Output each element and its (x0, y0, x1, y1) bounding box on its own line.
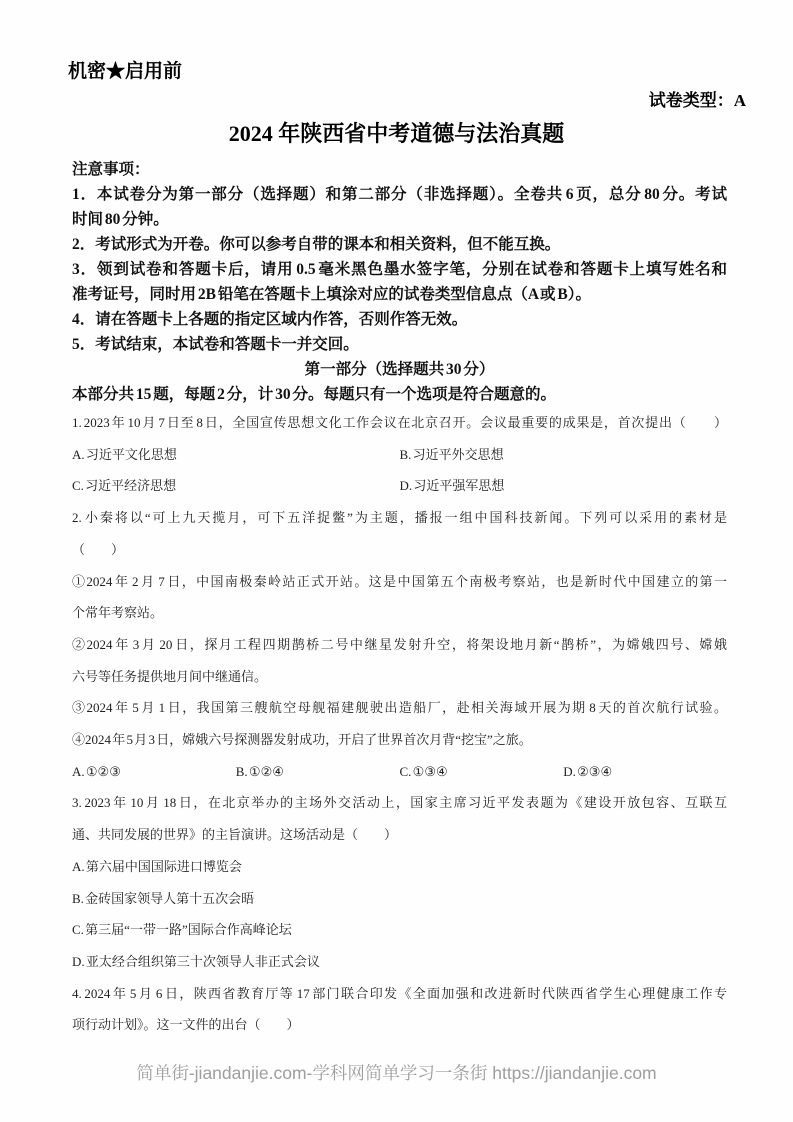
question-3-stem-line-2: 通、共同发展的世界》的主旨演讲。这场活动是（ ） (72, 819, 727, 851)
question-3-option-a: A. 第六届中国国际进口博览会 (72, 851, 727, 883)
question-2-material-2-line-2: 六号等任务提供地月间中继通信。 (72, 661, 727, 693)
question-2-option-a: A. ①②③ (72, 756, 236, 788)
question-4-stem-line-1: 4. 2024 年 5 月 6 日，陕西省教育厅等 17 部门联合印发《全面加强… (72, 978, 727, 1010)
notices-section: 注意事项： 1．本试卷分为第一部分（选择题）和第二部分（非选择题）。全卷共 6 … (72, 158, 727, 407)
notice-item-3-line-1: 3．领到试卷和答题卡后，请用 0.5 毫米黑色墨水签字笔，分别在试卷和答题卡上填… (72, 257, 727, 282)
question-2-option-c: C. ①③④ (400, 756, 564, 788)
watermark-footer: 简单街-jiandanjie.com-学科网简单学习一条街 https://ji… (0, 1062, 793, 1084)
paper-type-label: 试卷类型：A (0, 91, 793, 111)
paper-title: 2024 年陕西省中考道德与法治真题 (0, 120, 793, 148)
question-4-stem-line-2: 项行动计划》。这一文件的出台（ ） (72, 1009, 727, 1041)
question-2-material-1-line-2: 个常年考察站。 (72, 597, 727, 629)
question-1-stem: 1. 2023 年 10 月 7 日至 8 日，全国宣传思想文化工作会议在北京召… (72, 407, 727, 439)
question-2-option-b: B. ①②④ (236, 756, 400, 788)
question-2-stem-line-1: 2. 小秦将以“可上九天揽月，可下五洋捉鳖”为主题，播报一组中国科技新闻。下列可… (72, 502, 727, 534)
question-1-option-b: B. 习近平外交思想 (400, 439, 728, 471)
notice-item-3-line-2: 准考证号，同时用 2B 铅笔在答题卡上填涂对应的试卷类型信息点（A 或 B）。 (72, 282, 727, 307)
question-1-option-c: C. 习近平经济思想 (72, 470, 400, 502)
notice-item-1-line-2: 时间 80 分钟。 (72, 207, 727, 232)
question-2-material-3: ③2024 年 5 月 1 日，我国第三艘航空母舰福建舰驶出造船厂，赴相关海域开… (72, 692, 727, 724)
question-2-material-1-line-1: ①2024 年 2 月 7 日，中国南极秦岭站正式开站。这是中国第五个南极考察站… (72, 566, 727, 598)
notice-item-2: 2．考试形式为开卷。你可以参考自带的课本和相关资料，但不能互换。 (72, 232, 727, 257)
question-3-stem-line-1: 3. 2023 年 10 月 18 日，在北京举办的主场外交活动上，国家主席习近… (72, 787, 727, 819)
notice-item-4: 4．请在答题卡上各题的指定区域内作答，否则作答无效。 (72, 307, 727, 332)
question-1-option-d: D. 习近平强军思想 (400, 470, 728, 502)
notices-heading: 注意事项： (72, 158, 727, 182)
confidential-label: 机密★启用前 (0, 0, 793, 82)
question-2-material-4: ④2024 年 5 月 3 日，嫦娥六号探测器发射成功，开启了世界首次月背“挖宝… (72, 724, 727, 756)
notice-item-1-line-1: 1．本试卷分为第一部分（选择题）和第二部分（非选择题）。全卷共 6 页，总分 8… (72, 182, 727, 207)
question-2-stem-line-2: （ ） (72, 534, 727, 566)
question-2-options-row: A. ①②③ B. ①②④ C. ①③④ D. ②③④ (72, 756, 727, 788)
question-2-material-2-line-1: ②2024 年 3 月 20 日，探月工程四期鹊桥二号中继星发射升空，将架设地月… (72, 629, 727, 661)
question-3-option-c: C. 第三届“一带一路”国际合作高峰论坛 (72, 914, 727, 946)
question-3-option-d: D. 亚太经合组织第三十次领导人非正式会议 (72, 946, 727, 978)
question-2-option-d: D. ②③④ (563, 756, 727, 788)
question-1-options-row-2: C. 习近平经济思想 D. 习近平强军思想 (72, 470, 727, 502)
part1-instruction: 本部分共 15 题，每题 2 分，计 30 分。每题只有一个选项是符合题意的。 (72, 382, 727, 407)
notice-item-5: 5．考试结束，本试卷和答题卡一并交回。 (72, 332, 727, 357)
exam-paper-page: 机密★启用前 试卷类型：A 2024 年陕西省中考道德与法治真题 注意事项： 1… (0, 0, 793, 1122)
question-1-options-row-1: A. 习近平文化思想 B. 习近平外交思想 (72, 439, 727, 471)
question-3-option-b: B. 金砖国家领导人第十五次会晤 (72, 883, 727, 915)
questions-section: 1. 2023 年 10 月 7 日至 8 日，全国宣传思想文化工作会议在北京召… (72, 407, 727, 1041)
part1-heading: 第一部分（选择题共 30 分） (72, 357, 727, 382)
question-1-option-a: A. 习近平文化思想 (72, 439, 400, 471)
paper-body: 注意事项： 1．本试卷分为第一部分（选择题）和第二部分（非选择题）。全卷共 6 … (0, 158, 793, 1041)
